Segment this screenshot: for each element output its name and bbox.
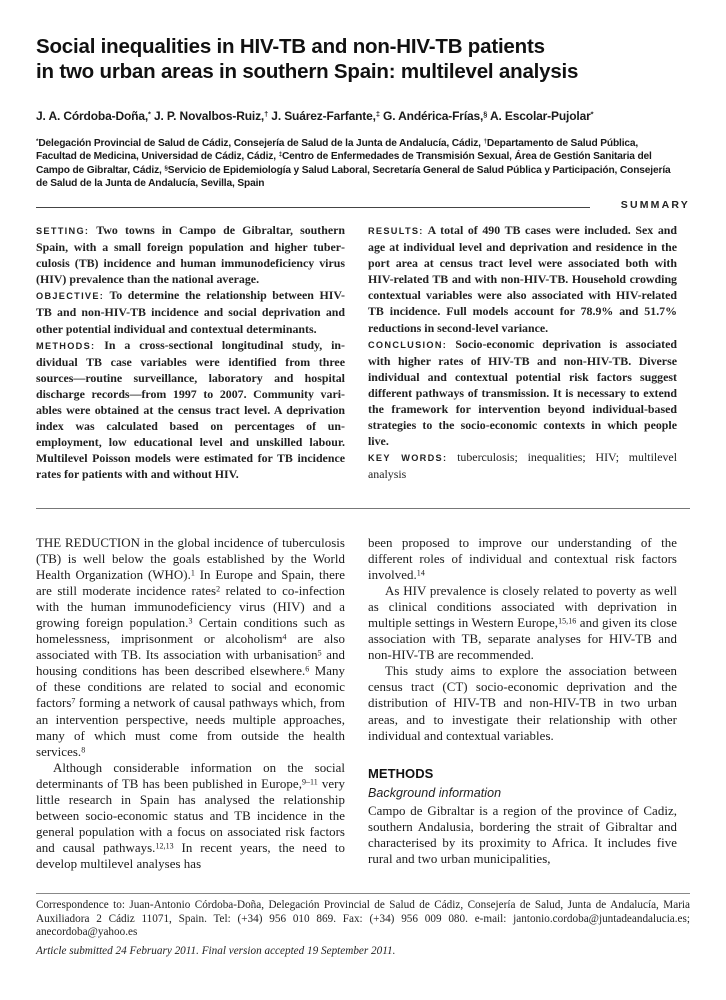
abstract-label: RESULTS: [368,226,424,236]
author: G. Andérica-Frías, [380,109,483,123]
abstract-results: RESULTS: A total of 490 TB cases were in… [368,222,677,336]
author-mark: * [591,110,594,119]
citation-ref: 7 [71,697,75,706]
affiliations: *Delegación Provincial de Salud de Cádiz… [36,137,676,190]
body-paragraph: This study aims to explore the associati… [368,663,677,743]
body-paragraph: Although considerable information on the… [36,760,345,872]
abstract-label: OBJECTIVE: [36,291,104,301]
author-list: J. A. Córdoba-Doña,* J. P. Novalbos-Ruiz… [36,109,690,124]
section-heading-methods: METHODS [368,766,677,782]
submission-dates: Article submitted 24 February 2011. Fina… [36,945,690,959]
abstract-setting: SETTING: Two towns in Campo de Gibraltar… [36,222,345,287]
author: J. P. Novalbos-Ruiz, [151,109,264,123]
body-left-column: THE REDUCTION in the global incidence of… [36,535,345,872]
citation-ref: 14 [417,569,425,578]
summary-divider [36,207,590,208]
body-paragraph: THE REDUCTION in the global incidence of… [36,535,345,760]
citation-ref: 8 [81,745,85,754]
abstract-methods: METHODS: In a cross-sectional longitudin… [36,337,345,483]
citation-ref: 9–11 [302,777,318,786]
citation-ref: 4 [283,633,287,642]
abstract-left-column: SETTING: Two towns in Campo de Gibraltar… [36,222,345,483]
abstract-label: SETTING: [36,226,89,236]
affiliation: Delegación Provincial de Salud de Cádiz,… [38,138,483,149]
footnote-divider [36,893,690,894]
author: J. Suárez-Farfante, [268,109,376,123]
citation-ref: 6 [305,665,309,674]
citation-ref: 5 [318,649,322,658]
citation-ref: 2 [216,585,220,594]
article-title: Social inequalities in HIV-TB and non-HI… [36,34,690,84]
abstract-label: METHODS: [36,341,95,351]
abstract-conclusion: CONCLUSION: Socio-economic deprivation i… [368,336,677,450]
citation-ref: 1 [191,569,195,578]
body-paragraph: been proposed to improve our understandi… [368,535,677,583]
subsection-heading: Background information [368,785,677,801]
title-line-2: in two urban areas in southern Spain: mu… [36,60,578,83]
abstract-right-column: RESULTS: A total of 490 TB cases were in… [368,222,677,483]
abstract-text: Socio-economic deprivation is associ­ate… [368,337,677,449]
citation-ref: 12,13 [155,841,173,850]
body-right-column: been proposed to improve our understandi… [368,535,677,867]
abstract-text: In a cross-sectional longitudinal study,… [36,338,345,482]
author: J. A. Córdoba-Doña, [36,109,148,123]
title-line-1: Social inequalities in HIV-TB and non-HI… [36,35,545,58]
abstract-keywords: KEY WORDS: tuberculosis; inequalities; H… [368,449,677,482]
abstract-objective: OBJECTIVE: To determine the relationship… [36,287,345,336]
abstract-label: KEY WORDS: [368,453,447,463]
body-paragraph: Campo de Gibraltar is a region of the pr… [368,803,677,867]
abstract-text: A total of 490 TB cases were included. S… [368,223,677,335]
author: A. Escolar-Pujolar [487,109,590,123]
summary-heading: SUMMARY [590,199,690,211]
citation-ref: 15,16 [558,617,576,626]
citation-ref: 3 [188,617,192,626]
correspondence-note: Correspondence to: Juan-Antonio Córdoba-… [36,899,690,940]
abstract-divider [36,508,690,509]
footnote: Correspondence to: Juan-Antonio Córdoba-… [36,899,690,958]
body-paragraph: As HIV prevalence is closely related to … [368,583,677,663]
abstract-label: CONCLUSION: [368,340,447,350]
